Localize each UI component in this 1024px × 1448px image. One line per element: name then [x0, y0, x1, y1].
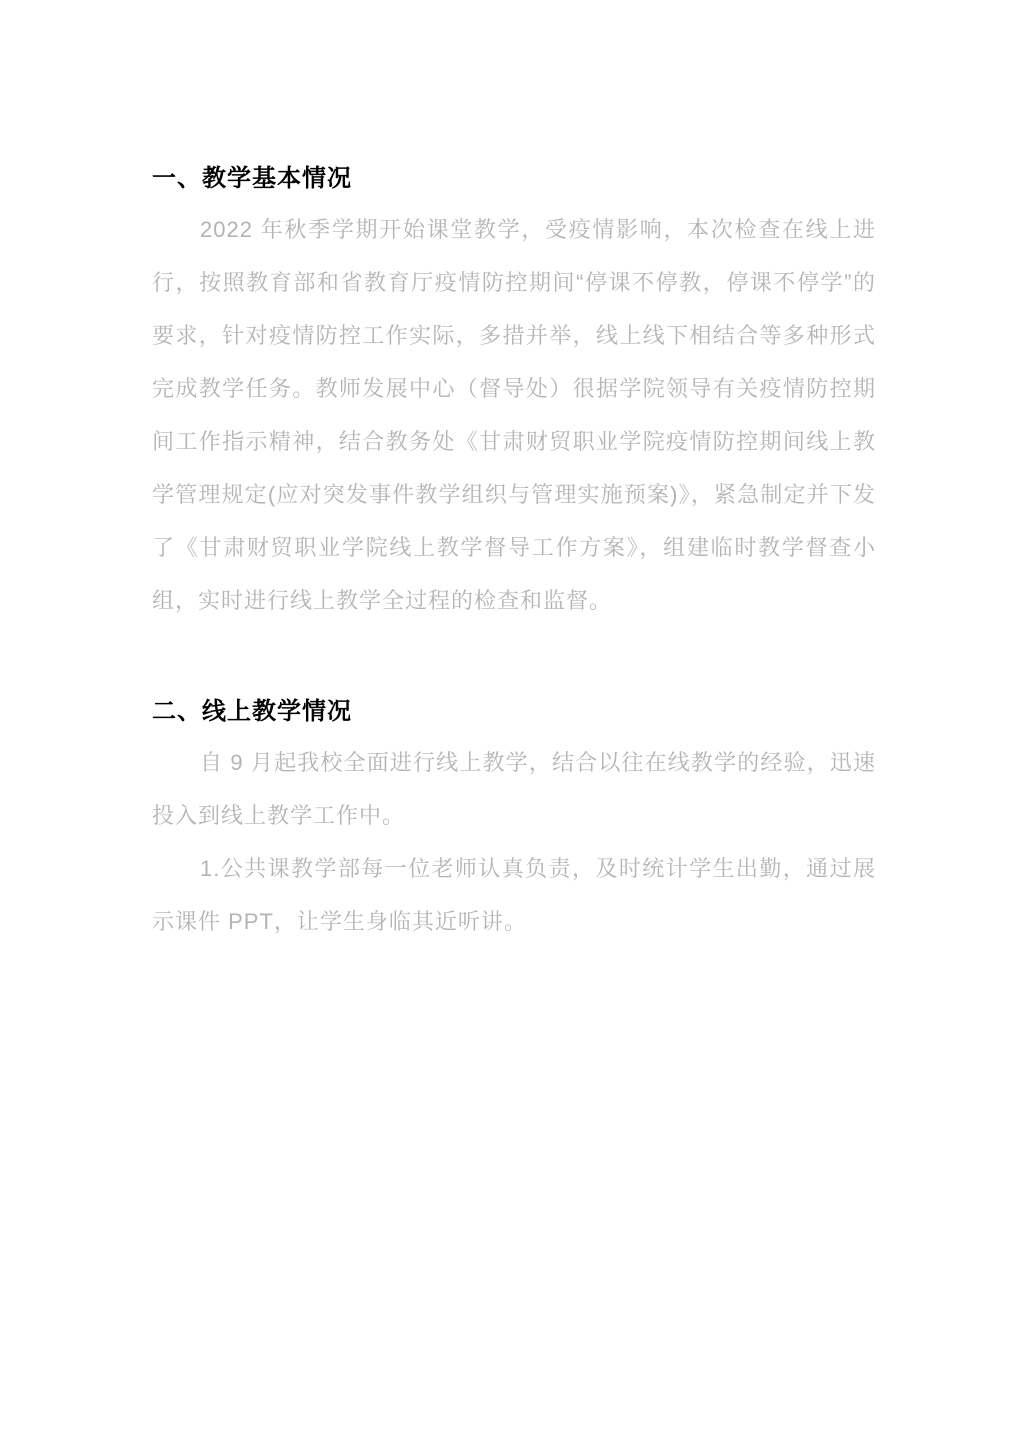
section-2-paragraph-1: 自 9 月起我校全面进行线上教学，结合以往在线教学的经验，迅速投入到线上教学工作…: [152, 736, 876, 842]
section-2-paragraph-2: 1.公共课教学部每一位老师认真负责，及时统计学生出勤，通过展示课件 PPT，让学…: [152, 842, 876, 948]
section-heading-2: 二、线上教学情况: [152, 697, 876, 727]
section-1-paragraph-1: 2022 年秋季学期开始课堂教学，受疫情影响，本次检查在线上进行，按照教育部和省…: [152, 203, 876, 627]
section-heading-1: 一、教学基本情况: [152, 164, 876, 194]
document-page: 一、教学基本情况 2022 年秋季学期开始课堂教学，受疫情影响，本次检查在线上进…: [0, 0, 1024, 1448]
